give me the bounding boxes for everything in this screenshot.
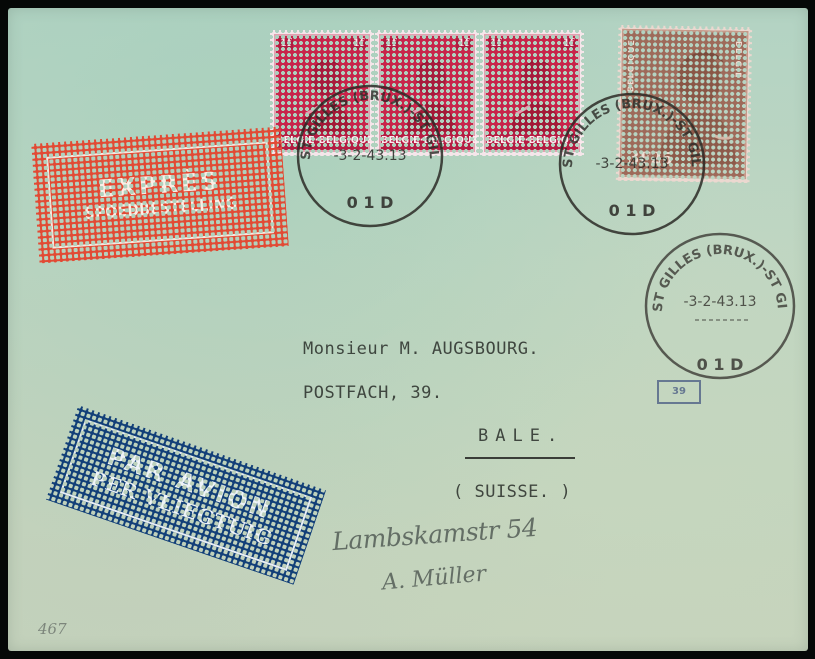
stamp-country: BELGIE·BELGIQUE (381, 132, 473, 150)
stamp-1f-2: 1f 1f BELGIE·BELGIQUE (375, 30, 479, 156)
stamp-denomination: 1f (561, 38, 576, 49)
king-portrait-icon (296, 56, 354, 136)
address-line-country: ( SUISSE. ) (453, 482, 571, 502)
stamp-country-left: BELGIQUE (626, 39, 636, 92)
stamp-1f-1: 1f 1f BELGIE·BELGIQUE (270, 30, 374, 156)
stamp-country: BELGIE·BELGIQUE (486, 132, 578, 150)
stamp-1f-3: 1f 1f BELGIE·BELGIQUE (480, 30, 584, 156)
stamp-denomination: 1f (351, 38, 366, 49)
stamp-denomination: 1f (488, 38, 503, 49)
address-underline (465, 457, 575, 459)
stamp-denomination: 3F25 (628, 148, 673, 168)
king-portrait-icon (652, 43, 740, 164)
stamp-denomination: 1f (456, 38, 471, 49)
address-line-name: Monsieur M. AUGSBOURG. (303, 339, 539, 359)
pencil-note: 467 (38, 620, 67, 638)
king-portrait-icon (506, 56, 564, 136)
express-label: EXPRÈS SPOEDBESTELLING (31, 126, 289, 263)
address-line-city: BALE. (478, 426, 564, 446)
stamp-denomination: 1f (383, 38, 398, 49)
stamp-3f25: BELGIQUE BELGIE 3F25 (616, 25, 753, 183)
stamp-denomination: 1f (278, 38, 293, 49)
censor-box-mark: 39 (657, 380, 701, 404)
address-line-postfach: POSTFACH, 39. (303, 383, 443, 403)
stamp-country: BELGIE·BELGIQUE (276, 132, 368, 150)
king-portrait-icon (401, 56, 459, 136)
